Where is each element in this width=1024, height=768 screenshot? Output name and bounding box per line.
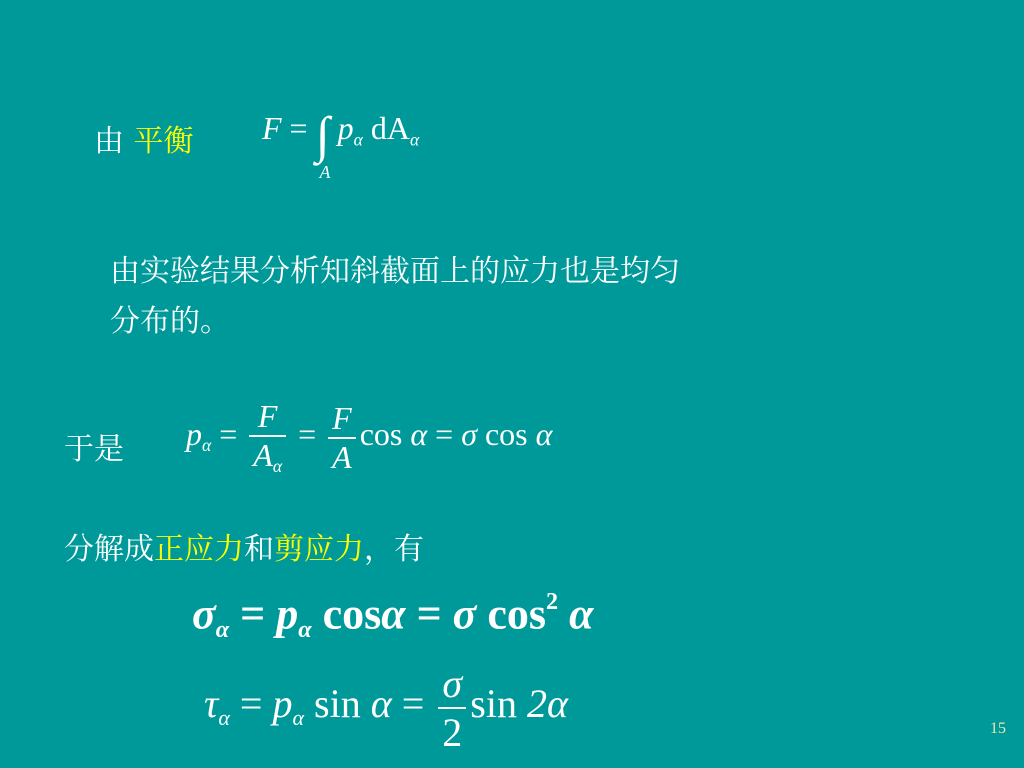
denominator: A — [328, 437, 356, 476]
equilibrium-label: 由 平衡 — [94, 116, 194, 160]
integral-lower-limit: A — [320, 162, 331, 183]
subscript: α — [292, 705, 304, 730]
text-part: 分解成 — [64, 532, 154, 567]
subscript: α — [298, 616, 311, 643]
fraction-F-over-A: F A — [328, 400, 356, 476]
highlight-equilibrium: 平衡 — [134, 124, 194, 159]
alpha-symbol: α — [410, 416, 427, 452]
numerator: F — [249, 398, 286, 435]
integral-icon: ∫ — [316, 107, 330, 164]
formula-p: p — [338, 110, 354, 146]
equals-sign: = — [240, 681, 263, 726]
equals-sign: = — [417, 589, 442, 638]
formula-F: F — [262, 110, 282, 146]
equals-sign: = — [290, 110, 308, 146]
cos-text: cos — [323, 589, 382, 638]
numerator: σ — [438, 660, 466, 707]
text-part: 和 — [244, 532, 274, 567]
formula-dA: dA — [371, 110, 410, 146]
two-alpha: 2α — [527, 681, 568, 726]
denominator-A: A — [253, 437, 273, 473]
fraction-sigma-over-2: σ 2 — [438, 660, 466, 756]
text-part: ，有 — [364, 532, 424, 567]
alpha-symbol: α — [536, 416, 553, 452]
formula-p: p — [186, 416, 202, 452]
sin-text: sin — [314, 681, 361, 726]
page-number: 15 — [990, 720, 1006, 738]
superscript: 2 — [546, 588, 558, 615]
subscript: α — [273, 456, 282, 476]
subscript: α — [202, 435, 211, 455]
formula-integral: F = ∫ A pα dAα — [262, 106, 419, 165]
fraction-F-over-A-alpha: F Aα — [249, 398, 286, 477]
cos-text: cos — [485, 416, 528, 452]
paragraph-line1: 由实验结果分析知斜截面上的应力也是均匀 — [110, 246, 680, 290]
formula-p: p — [272, 681, 292, 726]
alpha-symbol: α — [371, 681, 392, 726]
paragraph-line2: 分布的。 — [110, 296, 230, 340]
denominator: 2 — [438, 707, 466, 756]
highlight-normal-stress: 正应力 — [154, 532, 244, 567]
prefix-text: 由 — [94, 124, 124, 159]
equals-sign: = — [298, 416, 316, 452]
alpha-symbol: α — [381, 589, 405, 638]
equals-sign: = — [240, 589, 265, 638]
alpha-symbol: α — [569, 589, 593, 638]
subscript: α — [216, 616, 229, 643]
sigma-symbol: σ — [453, 589, 477, 638]
equals-sign: = — [219, 416, 237, 452]
tau-symbol: τ — [204, 681, 218, 726]
subscript: α — [218, 705, 230, 730]
formula-shear-stress: τα = pα sin α = σ 2 sin 2α — [204, 660, 568, 756]
therefore-label: 于是 — [64, 424, 124, 468]
cos-text: cos — [487, 589, 546, 638]
formula-p: p — [276, 589, 298, 638]
subscript: α — [354, 129, 363, 149]
subscript: α — [410, 129, 419, 149]
denominator: Aα — [249, 435, 286, 477]
decompose-sentence: 分解成正应力和剪应力，有 — [64, 524, 424, 568]
sin-text: sin — [470, 681, 517, 726]
formula-normal-stress: σα = pα cosα = σ cos2 α — [192, 588, 593, 644]
highlight-shear-stress: 剪应力 — [274, 532, 364, 567]
equals-sign: = — [435, 416, 453, 452]
numerator: F — [328, 400, 356, 437]
equals-sign: = — [402, 681, 425, 726]
cos-text: cos — [360, 416, 403, 452]
sigma-symbol: σ — [192, 589, 216, 638]
sigma-symbol: σ — [461, 416, 477, 452]
formula-p-alpha: pα = F Aα = F A cos α = σ cos α — [186, 398, 552, 477]
